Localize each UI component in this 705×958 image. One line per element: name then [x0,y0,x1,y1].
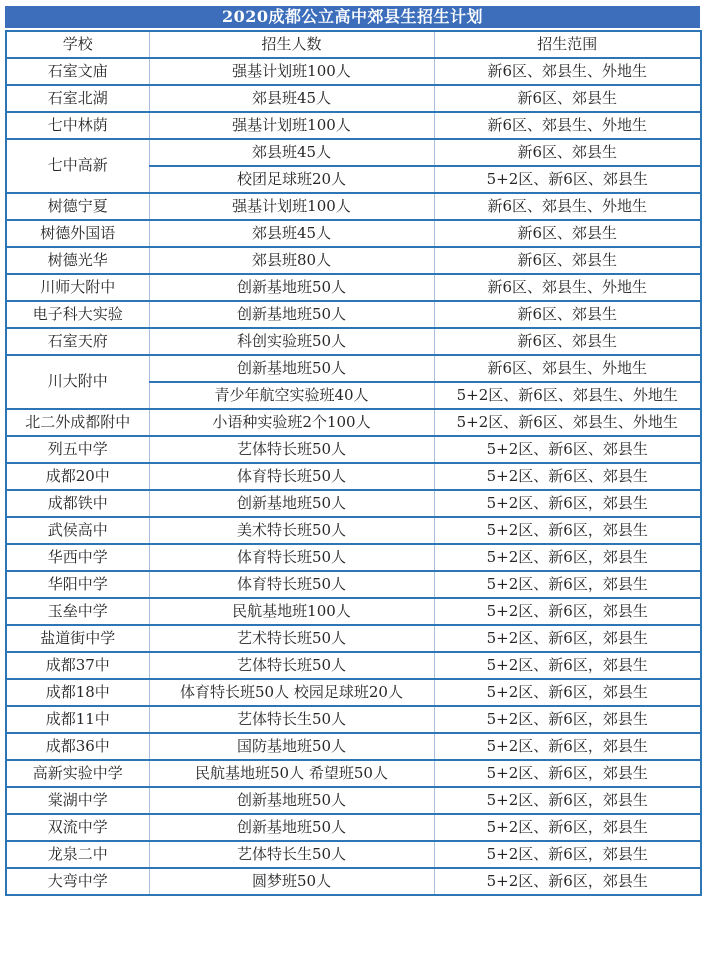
school-cell: 棠湖中学 [6,787,149,814]
table-row: 成都铁中创新基地班50人5+2区、新6区，郊县生 [6,490,701,517]
scope-cell: 5+2区、新6区、郊县生、外地生 [434,409,701,436]
school-cell: 树德宁夏 [6,193,149,220]
table-row: 树德光华郊县班80人新6区、郊县生 [6,247,701,274]
school-cell: 华阳中学 [6,571,149,598]
scope-cell: 新6区、郊县生、外地生 [434,112,701,139]
school-cell: 石室文庙 [6,58,149,85]
plan-cell: 创新基地班50人 [149,274,434,301]
plan-cell: 创新基地班50人 [149,814,434,841]
scope-cell: 5+2区、新6区，郊县生 [434,517,701,544]
school-cell: 川大附中 [6,355,149,409]
table-row: 川师大附中创新基地班50人新6区、郊县生、外地生 [6,274,701,301]
plan-cell: 郊县班80人 [149,247,434,274]
school-cell: 北二外成都附中 [6,409,149,436]
plan-cell: 民航基地班50人 希望班50人 [149,760,434,787]
scope-cell: 新6区、郊县生 [434,328,701,355]
table-row: 石室天府科创实验班50人新6区、郊县生 [6,328,701,355]
school-cell: 华西中学 [6,544,149,571]
col-header-plan: 招生人数 [149,31,434,58]
school-cell: 列五中学 [6,436,149,463]
school-cell: 龙泉二中 [6,841,149,868]
scope-cell: 新6区、郊县生、外地生 [434,274,701,301]
header-row: 学校 招生人数 招生范围 [6,31,701,58]
school-cell: 成都37中 [6,652,149,679]
school-cell: 树德光华 [6,247,149,274]
scope-cell: 新6区、郊县生 [434,247,701,274]
page: 2020成都公立高中郊县生招生计划 学校 招生人数 招生范围 石室文庙强基计划班… [0,0,705,899]
plan-cell: 强基计划班100人 [149,58,434,85]
scope-cell: 5+2区、新6区、郊县生、外地生 [434,382,701,409]
plan-cell: 体育特长班50人 [149,544,434,571]
table-row: 武侯高中美术特长班50人5+2区、新6区，郊县生 [6,517,701,544]
plan-cell: 创新基地班50人 [149,787,434,814]
table-row: 七中高新郊县班45人新6区、郊县生 [6,139,701,166]
scope-cell: 新6区、郊县生 [434,220,701,247]
table-row: 大弯中学圆梦班50人5+2区、新6区，郊县生 [6,868,701,895]
table-row: 七中林荫强基计划班100人新6区、郊县生、外地生 [6,112,701,139]
table-row: 石室文庙强基计划班100人新6区、郊县生、外地生 [6,58,701,85]
school-cell: 电子科大实验 [6,301,149,328]
plan-cell: 郊县班45人 [149,139,434,166]
scope-cell: 5+2区、新6区，郊县生 [434,787,701,814]
scope-cell: 5+2区、新6区，郊县生 [434,598,701,625]
scope-cell: 新6区、郊县生 [434,85,701,112]
plan-cell: 艺术特长班50人 [149,625,434,652]
school-cell: 成都18中 [6,679,149,706]
table-row: 川大附中创新基地班50人新6区、郊县生、外地生 [6,355,701,382]
col-header-school: 学校 [6,31,149,58]
plan-cell: 郊县班45人 [149,220,434,247]
plan-cell: 民航基地班100人 [149,598,434,625]
scope-cell: 新6区、郊县生、外地生 [434,58,701,85]
table-row: 成都18中体育特长班50人 校园足球班20人5+2区、新6区，郊县生 [6,679,701,706]
scope-cell: 5+2区、新6区，郊县生 [434,571,701,598]
table-row: 成都20中体育特长班50人5+2区、新6区、郊县生 [6,463,701,490]
plan-cell: 郊县班45人 [149,85,434,112]
school-cell: 盐道街中学 [6,625,149,652]
school-cell: 成都铁中 [6,490,149,517]
scope-cell: 5+2区、新6区，郊县生 [434,760,701,787]
school-cell: 七中林荫 [6,112,149,139]
table-row: 列五中学艺体特长班50人5+2区、新6区、郊县生 [6,436,701,463]
scope-cell: 新6区、郊县生 [434,139,701,166]
plan-cell: 体育特长班50人 [149,463,434,490]
table-row: 成都11中艺体特长生50人5+2区、新6区，郊县生 [6,706,701,733]
plan-cell: 小语种实验班2个100人 [149,409,434,436]
plan-cell: 艺体特长生50人 [149,706,434,733]
table-body: 石室文庙强基计划班100人新6区、郊县生、外地生石室北湖郊县班45人新6区、郊县… [6,58,701,895]
plan-cell: 强基计划班100人 [149,112,434,139]
table-row: 成都36中国防基地班50人5+2区、新6区，郊县生 [6,733,701,760]
table-title: 2020成都公立高中郊县生招生计划 [5,6,700,28]
table-row: 电子科大实验创新基地班50人新6区、郊县生 [6,301,701,328]
table-row: 树德宁夏强基计划班100人新6区、郊县生、外地生 [6,193,701,220]
plan-cell: 艺体特长班50人 [149,652,434,679]
scope-cell: 5+2区、新6区，郊县生 [434,814,701,841]
scope-cell: 新6区、郊县生、外地生 [434,355,701,382]
scope-cell: 5+2区、新6区，郊县生 [434,652,701,679]
table-row: 盐道街中学艺术特长班50人5+2区、新6区，郊县生 [6,625,701,652]
table-row: 树德外国语郊县班45人新6区、郊县生 [6,220,701,247]
table-row: 龙泉二中艺体特长生50人5+2区、新6区，郊县生 [6,841,701,868]
school-cell: 双流中学 [6,814,149,841]
school-cell: 成都11中 [6,706,149,733]
plan-cell: 圆梦班50人 [149,868,434,895]
table-row: 华阳中学体育特长班50人5+2区、新6区，郊县生 [6,571,701,598]
table-row: 双流中学创新基地班50人5+2区、新6区，郊县生 [6,814,701,841]
scope-cell: 5+2区、新6区，郊县生 [434,841,701,868]
plan-cell: 科创实验班50人 [149,328,434,355]
plan-cell: 艺体特长生50人 [149,841,434,868]
school-cell: 七中高新 [6,139,149,193]
plan-cell: 艺体特长班50人 [149,436,434,463]
table-row: 高新实验中学民航基地班50人 希望班50人5+2区、新6区，郊县生 [6,760,701,787]
table-row: 北二外成都附中小语种实验班2个100人5+2区、新6区、郊县生、外地生 [6,409,701,436]
scope-cell: 5+2区、新6区，郊县生 [434,868,701,895]
table-row: 成都37中艺体特长班50人5+2区、新6区，郊县生 [6,652,701,679]
school-cell: 高新实验中学 [6,760,149,787]
plan-cell: 国防基地班50人 [149,733,434,760]
scope-cell: 5+2区、新6区，郊县生 [434,490,701,517]
plan-cell: 创新基地班50人 [149,355,434,382]
scope-cell: 5+2区、新6区，郊县生 [434,544,701,571]
school-cell: 大弯中学 [6,868,149,895]
school-cell: 玉垒中学 [6,598,149,625]
scope-cell: 5+2区、新6区、郊县生 [434,436,701,463]
table-row: 华西中学体育特长班50人5+2区、新6区，郊县生 [6,544,701,571]
school-cell: 树德外国语 [6,220,149,247]
scope-cell: 新6区、郊县生 [434,301,701,328]
table-row: 玉垒中学民航基地班100人5+2区、新6区，郊县生 [6,598,701,625]
scope-cell: 5+2区、新6区、郊县生 [434,166,701,193]
school-cell: 成都36中 [6,733,149,760]
plan-cell: 创新基地班50人 [149,301,434,328]
school-cell: 石室北湖 [6,85,149,112]
plan-cell: 强基计划班100人 [149,193,434,220]
school-cell: 川师大附中 [6,274,149,301]
plan-cell: 体育特长班50人 [149,571,434,598]
school-cell: 石室天府 [6,328,149,355]
scope-cell: 5+2区、新6区，郊县生 [434,625,701,652]
school-cell: 成都20中 [6,463,149,490]
col-header-scope: 招生范围 [434,31,701,58]
scope-cell: 5+2区、新6区，郊县生 [434,706,701,733]
plan-cell: 创新基地班50人 [149,490,434,517]
table-row: 棠湖中学创新基地班50人5+2区、新6区，郊县生 [6,787,701,814]
school-cell: 武侯高中 [6,517,149,544]
table-row: 石室北湖郊县班45人新6区、郊县生 [6,85,701,112]
plan-cell: 校团足球班20人 [149,166,434,193]
plan-cell: 青少年航空实验班40人 [149,382,434,409]
plan-cell: 美术特长班50人 [149,517,434,544]
scope-cell: 5+2区、新6区，郊县生 [434,733,701,760]
scope-cell: 5+2区、新6区，郊县生 [434,679,701,706]
enrollment-table: 学校 招生人数 招生范围 石室文庙强基计划班100人新6区、郊县生、外地生石室北… [5,30,702,896]
plan-cell: 体育特长班50人 校园足球班20人 [149,679,434,706]
scope-cell: 5+2区、新6区、郊县生 [434,463,701,490]
scope-cell: 新6区、郊县生、外地生 [434,193,701,220]
